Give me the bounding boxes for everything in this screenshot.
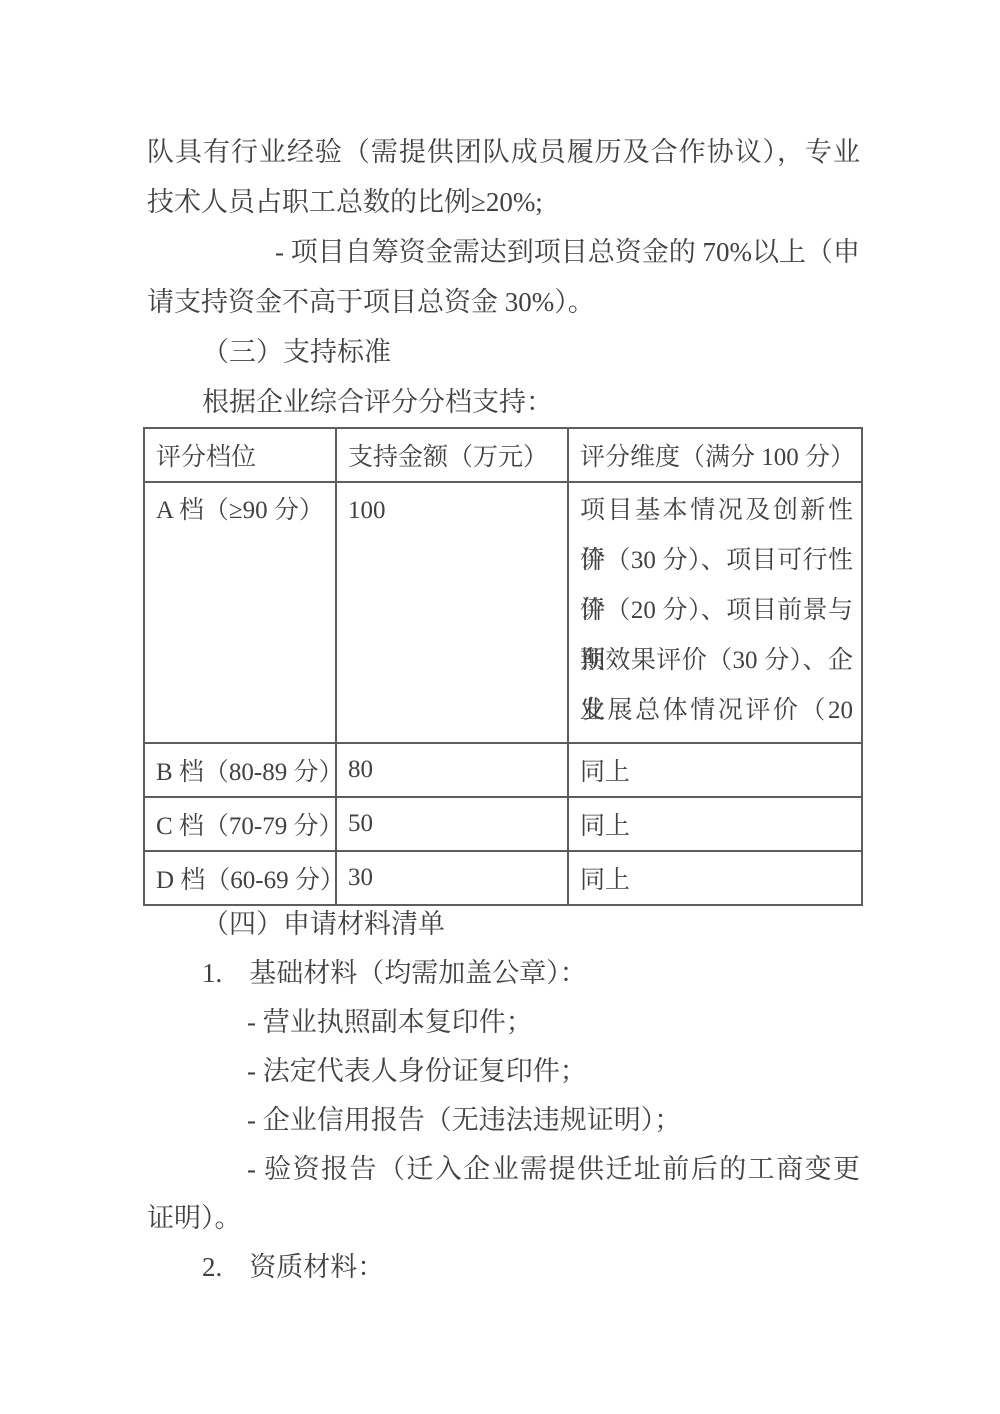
cell-dimension-c: 同上 — [568, 797, 862, 851]
bullet-self-funding-line-1: - 项目自筹资金需达到项目总资金的 70%以上（申 — [147, 227, 860, 277]
support-tier-table: 评分档位 支持金额（万元） 评分维度（满分 100 分） A 档（≥90 分） … — [143, 427, 863, 906]
basic-material-item-credit: - 企业信用报告（无违法违规证明）； — [147, 1096, 860, 1145]
document-page: 队具有行业经验（需提供团队成员履历及合作协议），专业 技术人员占职工总数的比例≥… — [0, 0, 1000, 1414]
basic-material-item-license: - 营业执照副本复印件； — [147, 998, 860, 1047]
basic-material-item-capital-line-1: - 验资报告（迁入企业需提供迁址前后的工商变更 — [147, 1145, 860, 1194]
cell-amount-d: 30 — [336, 851, 568, 905]
basic-materials-heading: 1. 基础材料（均需加盖公章）： — [147, 949, 860, 998]
cell-tier-a: A 档（≥90 分） — [144, 482, 336, 743]
paragraph-team-line-1: 队具有行业经验（需提供团队成员履历及合作协议），专业 — [147, 127, 860, 177]
table-row-tier-d: D 档（60-69 分） 30 同上 — [144, 851, 862, 905]
dimension-line: 期效果评价（30 分）、企业 — [580, 636, 853, 686]
basic-material-item-id: - 法定代表人身份证复印件； — [147, 1047, 860, 1096]
cell-tier-b: B 档（80-89 分） — [144, 743, 336, 797]
section-support-intro: 根据企业综合评分分档支持： — [147, 377, 860, 427]
table-row-tier-a: A 档（≥90 分） 100 项目基本情况及创新性评 价（30 分）、项目可行性… — [144, 482, 862, 743]
materials-section: （四）申请材料清单 1. 基础材料（均需加盖公章）： - 营业执照副本复印件； … — [147, 900, 860, 1292]
paragraph-team-line-2: 技术人员占职工总数的比例≥20%; — [147, 177, 860, 227]
table-header-row: 评分档位 支持金额（万元） 评分维度（满分 100 分） — [144, 428, 862, 482]
basic-material-item-capital-line-2: 证明）。 — [147, 1194, 860, 1243]
cell-dimension-b: 同上 — [568, 743, 862, 797]
bullet-self-funding-line-2: 请支持资金不高于项目总资金 30%）。 — [147, 277, 860, 327]
dimension-line: 项目基本情况及创新性评 — [580, 486, 853, 536]
qualification-materials-heading: 2. 资质材料： — [147, 1243, 860, 1292]
header-cell-dimension: 评分维度（满分 100 分） — [568, 428, 862, 482]
section-materials-heading: （四）申请材料清单 — [147, 900, 860, 949]
dimension-line: 发展总体情况评价（20 分） — [580, 686, 853, 736]
header-cell-amount: 支持金额（万元） — [336, 428, 568, 482]
dimension-line: 价（20 分）、项目前景与预 — [580, 586, 853, 636]
cell-amount-a: 100 — [336, 482, 568, 743]
cell-amount-b: 80 — [336, 743, 568, 797]
table-row-tier-c: C 档（70-79 分） 50 同上 — [144, 797, 862, 851]
cell-dimension-d: 同上 — [568, 851, 862, 905]
dimension-line: 价（30 分）、项目可行性评 — [580, 536, 853, 586]
section-support-heading: （三）支持标准 — [147, 327, 860, 377]
header-cell-tier: 评分档位 — [144, 428, 336, 482]
cell-amount-c: 50 — [336, 797, 568, 851]
cell-tier-c: C 档（70-79 分） — [144, 797, 336, 851]
document-content: 队具有行业经验（需提供团队成员履历及合作协议），专业 技术人员占职工总数的比例≥… — [147, 127, 860, 1292]
cell-dimension-a: 项目基本情况及创新性评 价（30 分）、项目可行性评 价（20 分）、项目前景与… — [568, 482, 862, 743]
cell-tier-d: D 档（60-69 分） — [144, 851, 336, 905]
table-row-tier-b: B 档（80-89 分） 80 同上 — [144, 743, 862, 797]
